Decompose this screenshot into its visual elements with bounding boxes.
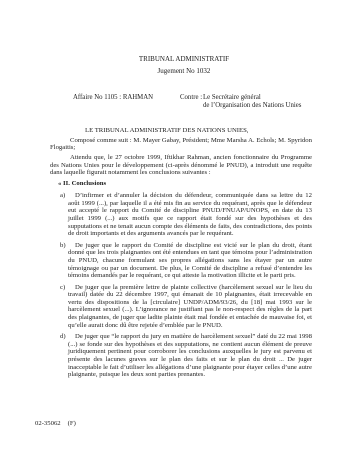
respondent-block: Le Secrétaire général de l’Organisation …: [203, 94, 333, 110]
document-page: TRIBUNAL ADMINISTRATIF Jugement No 1032 …: [0, 0, 360, 466]
item-letter: d): [60, 333, 75, 341]
court-title: LE TRIBUNAL ADMINISTRATIF DES NATIONS UN…: [50, 127, 312, 135]
language-code: (F): [68, 420, 76, 427]
conclusion-item: d)De juger que “le rapport du jury en ma…: [52, 333, 312, 379]
conclusions-heading: « II. Conclusions: [50, 180, 312, 188]
judgement-number: Jugement No 1032: [8, 68, 360, 76]
conclusions-list: a)D’infirmer et d’annuler la décision du…: [50, 192, 312, 379]
respondent-line1: Le Secrétaire général: [203, 94, 261, 101]
document-footer: 02-35062(F): [35, 420, 76, 428]
respondent-line2: de l’Organisation des Nations Unies: [203, 102, 301, 109]
composition-paragraph: Composé comme suit : M. Mayer Gabay, Pré…: [50, 137, 312, 152]
item-text: D’infirmer et d’annuler la décision du d…: [68, 192, 312, 237]
conclusion-item: c)De juger que la première lettre de pla…: [52, 284, 312, 330]
item-text: De juger que le rapport du Comité de dis…: [68, 242, 312, 279]
item-text: De juger que “le rapport du jury en mati…: [68, 333, 312, 378]
item-letter: a): [60, 192, 75, 200]
attendu-paragraph: Attendu que, le 27 octobre 1999, Iftikha…: [50, 154, 312, 177]
document-header: TRIBUNAL ADMINISTRATIF Jugement No 1032: [8, 56, 360, 75]
tribunal-title: TRIBUNAL ADMINISTRATIF: [8, 56, 360, 64]
conclusion-item: b)De juger que le rapport du Comité de d…: [52, 242, 312, 280]
case-number: Affaire No 1105 : RAHMAN: [73, 94, 153, 102]
item-text: De juger que la première lettre de plain…: [68, 284, 312, 329]
conclusion-item: a)D’infirmer et d’annuler la décision du…: [52, 192, 312, 238]
versus-label: Contre :: [180, 94, 202, 102]
judgement-body: LE TRIBUNAL ADMINISTRATIF DES NATIONS UN…: [50, 127, 312, 383]
item-letter: c): [60, 284, 75, 292]
item-letter: b): [60, 242, 75, 250]
document-number: 02-35062: [35, 420, 61, 427]
